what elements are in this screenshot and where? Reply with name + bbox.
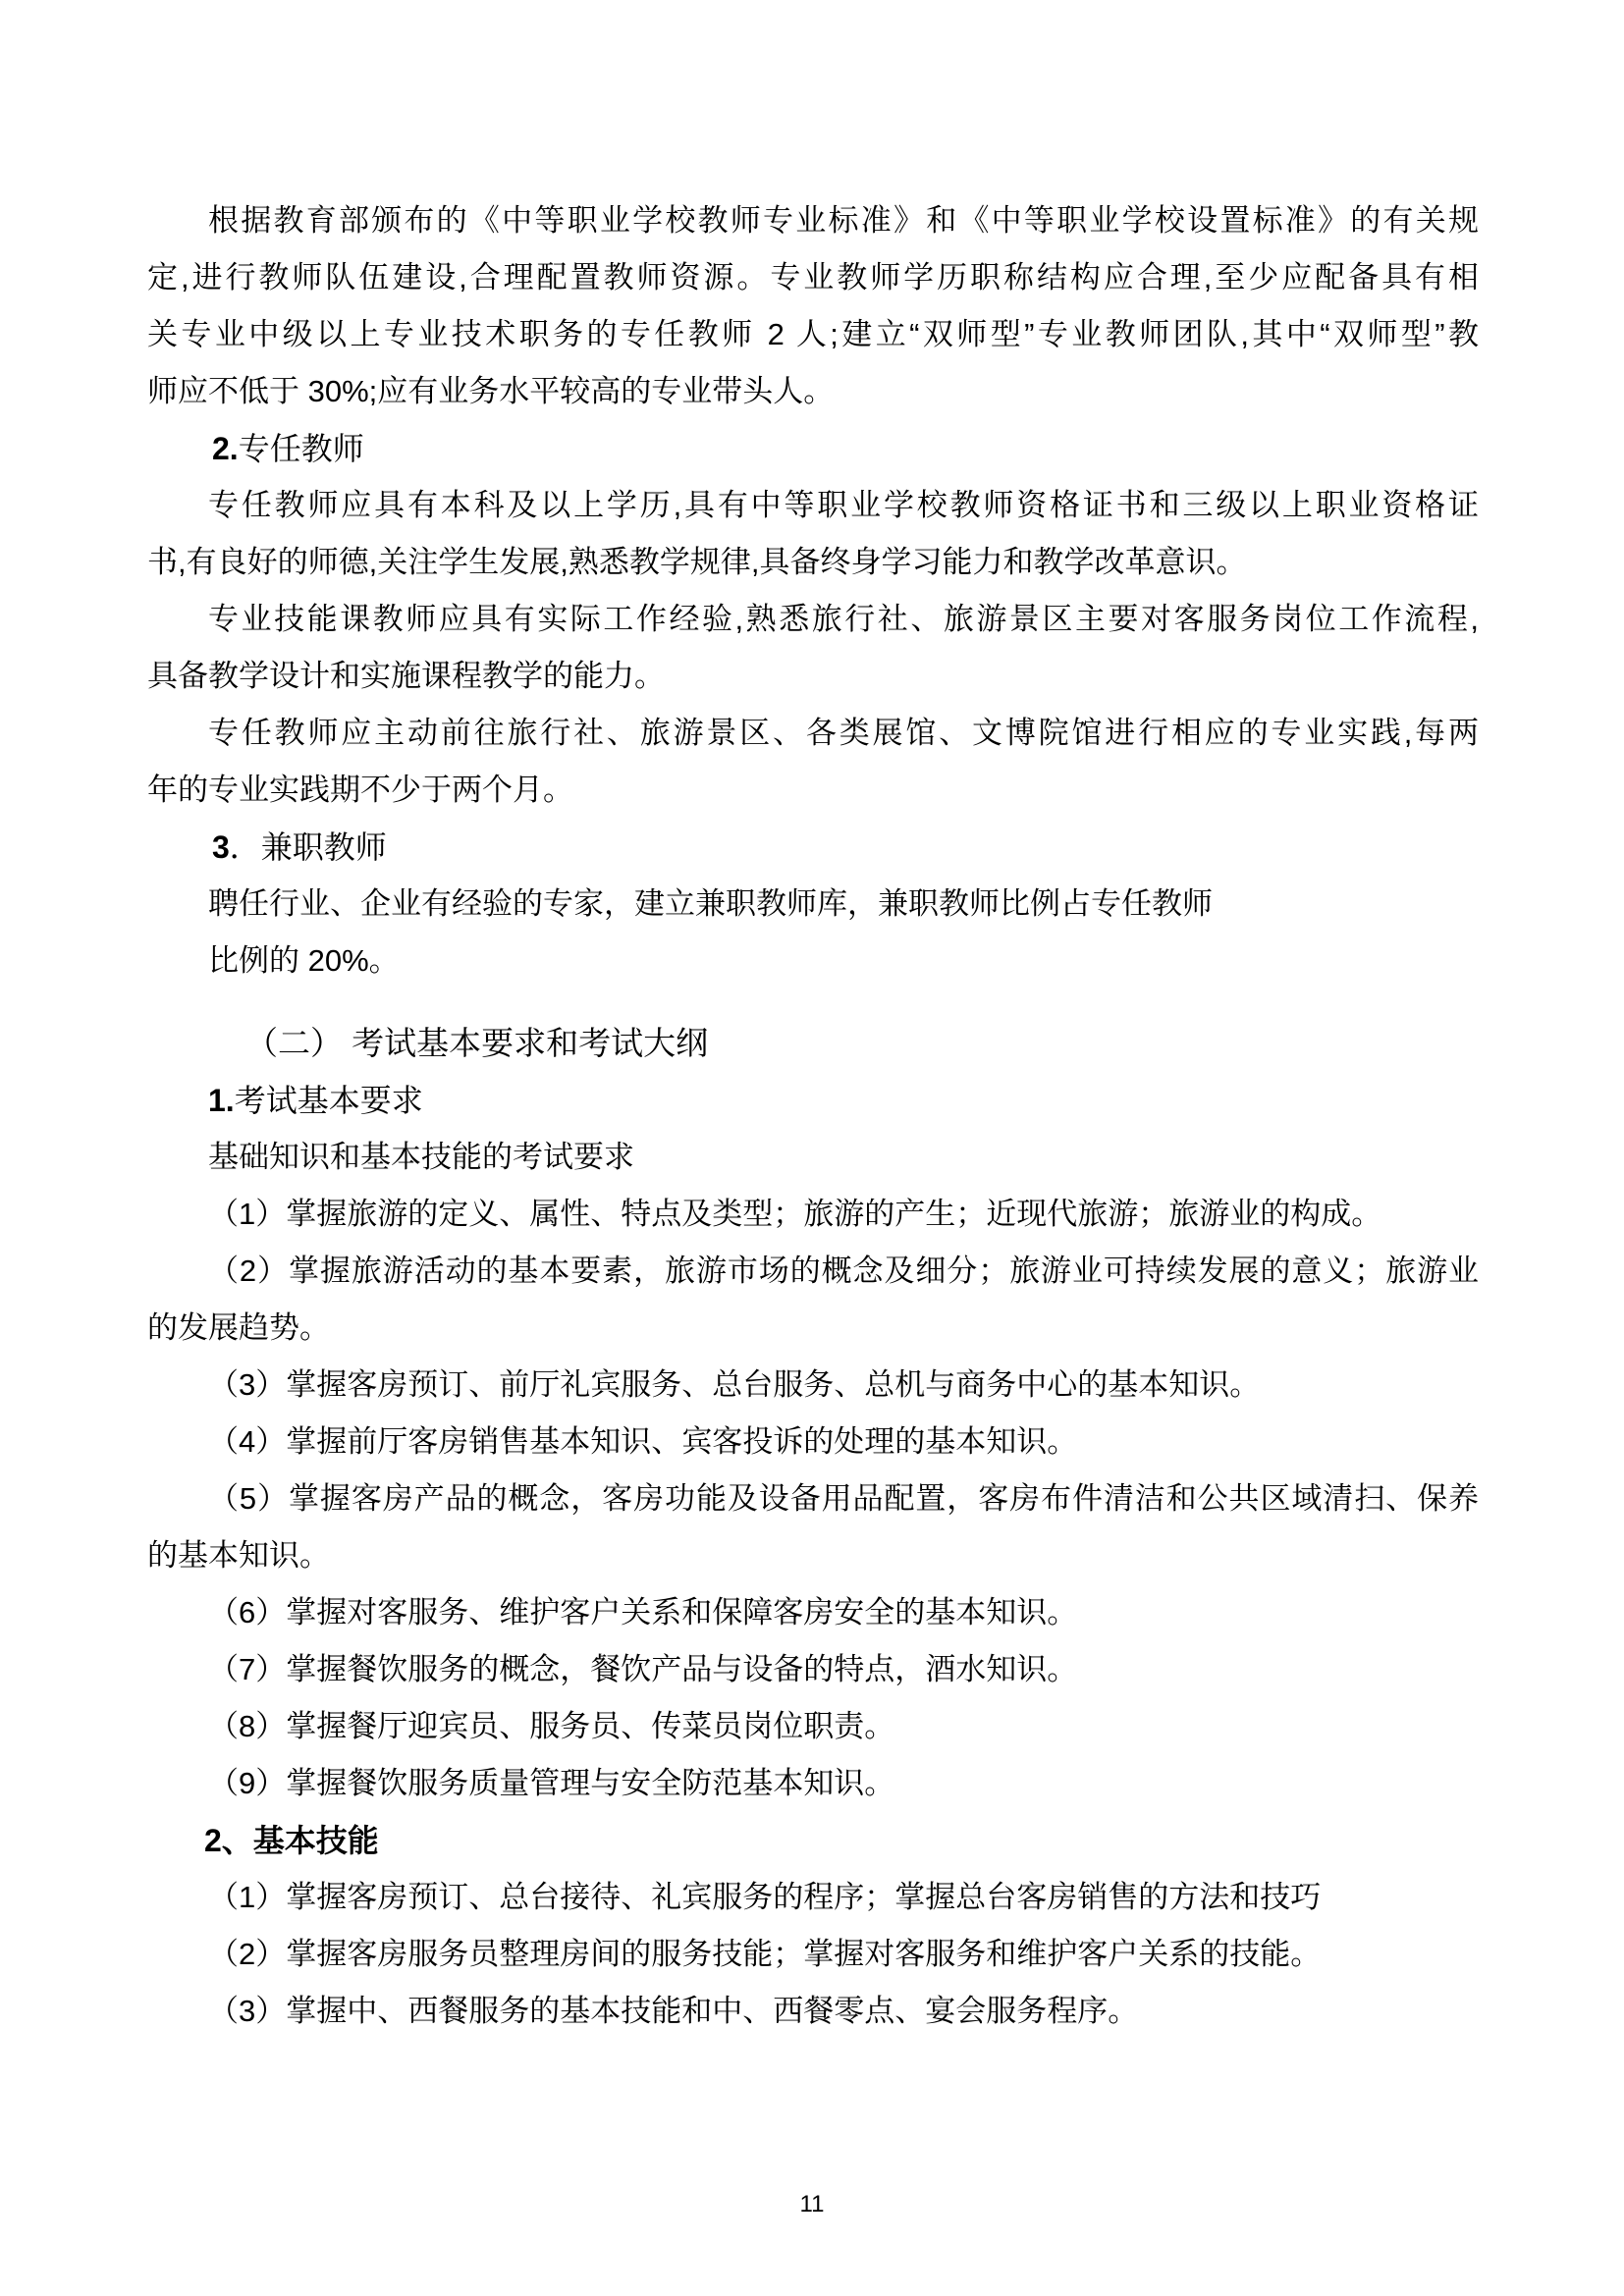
paragraph-line: 比例的 20%。 <box>147 933 1479 989</box>
list-item: （7）掌握餐饮服务的概念，餐饮产品与设备的特点，酒水知识。 <box>147 1641 1479 1698</box>
heading-number: 3 <box>212 829 230 865</box>
list-item-continuation: 的发展趋势。 <box>147 1300 1479 1357</box>
intro-line: 基础知识和基本技能的考试要求 <box>147 1129 1479 1186</box>
section-heading-fulltime-teachers: 2.专任教师 <box>147 420 1479 477</box>
list-item: （8）掌握餐厅迎宾员、服务员、传菜员岗位职责。 <box>147 1698 1479 1755</box>
list-item: （5）掌握客房产品的概念，客房功能及设备用品配置，客房布件清洁和公共区域清扫、保… <box>147 1470 1479 1527</box>
paragraph-line: 具备教学设计和实施课程教学的能力。 <box>147 648 1479 705</box>
heading-title: 考试基本要求 <box>235 1083 423 1118</box>
list-item: （3）掌握客房预订、前厅礼宾服务、总台服务、总机与商务中心的基本知识。 <box>147 1357 1479 1414</box>
list-item: （2）掌握旅游活动的基本要素，旅游市场的概念及细分；旅游业可持续发展的意义；旅游… <box>147 1243 1479 1300</box>
list-item: （3）掌握中、西餐服务的基本技能和中、西餐零点、宴会服务程序。 <box>147 1983 1479 2040</box>
paragraph-line: 专任教师应具有本科及以上学历,具有中等职业学校教师资格证书和三级以上职业资格证 <box>147 477 1479 534</box>
paragraph-line: 书,有良好的师德,关注学生发展,熟悉教学规律,具备终身学习能力和教学改革意识。 <box>147 534 1479 591</box>
paragraph-line: 年的专业实践期不少于两个月。 <box>147 762 1479 819</box>
heading-title: 专任教师 <box>239 431 364 466</box>
section-heading-parttime-teachers: 3．兼职教师 <box>147 819 1479 876</box>
paragraph-line: 根据教育部颁布的《中等职业学校教师专业标准》和《中等职业学校设置标准》的有关规 <box>147 192 1479 249</box>
paragraph-line: 关专业中级以上专业技术职务的专任教师 2 人;建立“双师型”专业教师团队,其中“… <box>147 306 1479 363</box>
list-item-continuation: 的基本知识。 <box>147 1527 1479 1584</box>
subsection-heading-basic-skills: 2、基本技能 <box>147 1812 1479 1869</box>
paragraph-line: 聘任行业、企业有经验的专家，建立兼职教师库，兼职教师比例占专任教师 <box>147 876 1479 933</box>
heading-number: 1. <box>208 1083 235 1118</box>
paragraph-line: 师应不低于 30%;应有业务水平较高的专业带头人。 <box>147 363 1479 420</box>
subsection-heading-exam-basic-requirements: 1.考试基本要求 <box>147 1072 1479 1129</box>
document-page: 根据教育部颁布的《中等职业学校教师专业标准》和《中等职业学校设置标准》的有关规 … <box>0 0 1624 2296</box>
heading-title: ．兼职教师 <box>230 829 387 865</box>
list-item: （4）掌握前厅客房销售基本知识、宾客投诉的处理的基本知识。 <box>147 1414 1479 1470</box>
list-item: （2）掌握客房服务员整理房间的服务技能；掌握对客服务和维护客户关系的技能。 <box>147 1926 1479 1983</box>
list-item: （1）掌握旅游的定义、属性、特点及类型；旅游的产生；近现代旅游；旅游业的构成。 <box>147 1186 1479 1243</box>
paragraph-line: 专任教师应主动前往旅行社、旅游景区、各类展馆、文博院馆进行相应的专业实践,每两 <box>147 705 1479 762</box>
list-item: （1）掌握客房预订、总台接待、礼宾服务的程序；掌握总台客房销售的方法和技巧 <box>147 1869 1479 1926</box>
paragraph-line: 定,进行教师队伍建设,合理配置教师资源。专业教师学历职称结构应合理,至少应配备具… <box>147 249 1479 306</box>
section-heading-exam-requirements-outline: （二） 考试基本要求和考试大纲 <box>147 1015 1479 1072</box>
heading-number: 2. <box>212 431 239 466</box>
list-item: （6）掌握对客服务、维护客户关系和保障客房安全的基本知识。 <box>147 1584 1479 1641</box>
page-number: 11 <box>0 2191 1624 2219</box>
list-item: （9）掌握餐饮服务质量管理与安全防范基本知识。 <box>147 1755 1479 1812</box>
paragraph-line: 专业技能课教师应具有实际工作经验,熟悉旅行社、旅游景区主要对客服务岗位工作流程, <box>147 591 1479 648</box>
